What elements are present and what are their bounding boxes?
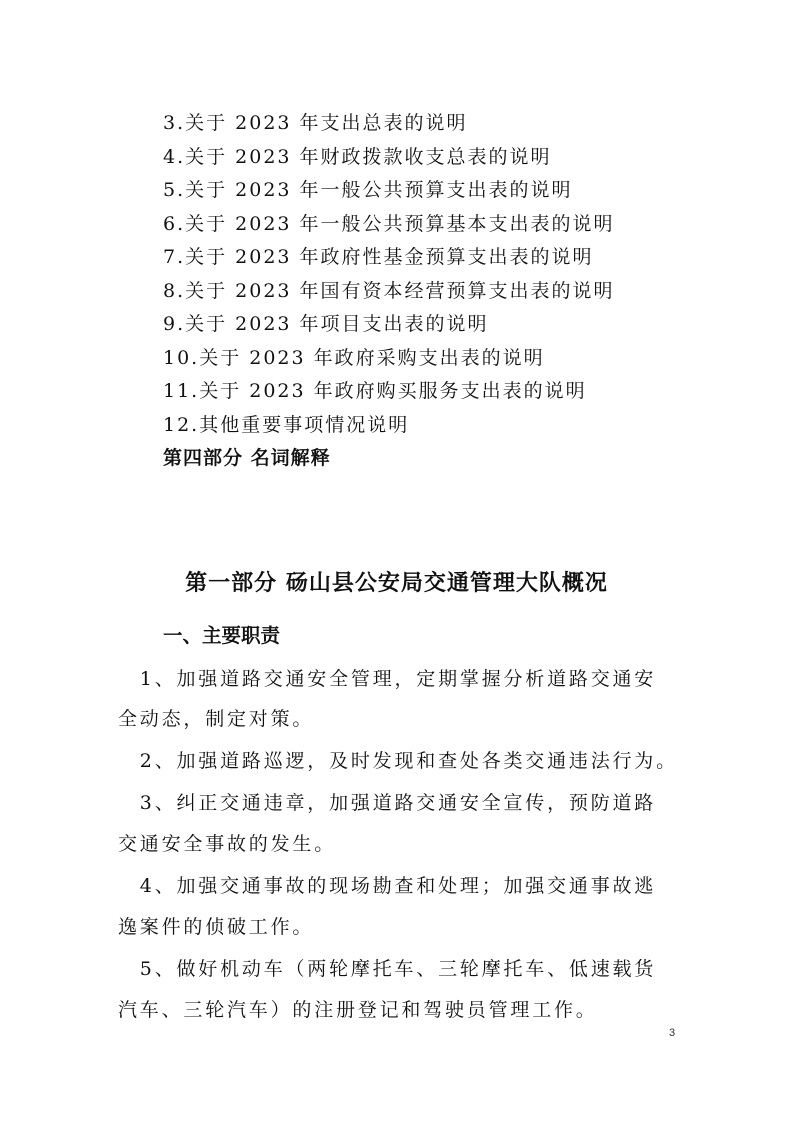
duty-line: 3、纠正交通违章，加强道路交通安全宣传，预防道路	[118, 794, 688, 813]
toc-item: 4.关于 2023 年财政拨款收支总表的说明	[163, 141, 615, 175]
document-page: 3.关于 2023 年支出总表的说明 4.关于 2023 年财政拨款收支总表的说…	[0, 0, 793, 1122]
duty-line: 交通安全事故的发生。	[118, 835, 688, 854]
toc-item: 9.关于 2023 年项目支出表的说明	[163, 308, 615, 342]
duty-line: 汽车、三轮汽车）的注册登记和驾驶员管理工作。	[118, 1001, 688, 1020]
duty-line: 全动态，制定对策。	[118, 710, 688, 729]
table-of-contents: 3.关于 2023 年支出总表的说明 4.关于 2023 年财政拨款收支总表的说…	[163, 107, 615, 476]
duty-line: 1、加强道路交通安全管理，定期掌握分析道路交通安	[118, 670, 688, 689]
page-number: 3	[669, 1027, 675, 1039]
toc-item: 5.关于 2023 年一般公共预算支出表的说明	[163, 174, 615, 208]
toc-item: 7.关于 2023 年政府性基金预算支出表的说明	[163, 241, 615, 275]
toc-part-four-heading: 第四部分 名词解释	[163, 442, 615, 476]
duty-line: 4、加强交通事故的现场勘查和处理；加强交通事故逃	[118, 877, 688, 896]
section-subtitle: 一、主要职责	[163, 620, 280, 648]
toc-item: 12.其他重要事项情况说明	[163, 409, 615, 443]
duty-line: 5、做好机动车（两轮摩托车、三轮摩托车、低速载货	[118, 960, 688, 979]
toc-item: 6.关于 2023 年一般公共预算基本支出表的说明	[163, 208, 615, 242]
section-title: 第一部分 砀山县公安局交通管理大队概况	[0, 566, 793, 597]
toc-item: 8.关于 2023 年国有资本经营预算支出表的说明	[163, 275, 615, 309]
toc-item: 11.关于 2023 年政府购买服务支出表的说明	[163, 375, 615, 409]
duty-line: 逸案件的侦破工作。	[118, 918, 688, 937]
toc-item: 10.关于 2023 年政府采购支出表的说明	[163, 342, 615, 376]
toc-item: 3.关于 2023 年支出总表的说明	[163, 107, 615, 141]
duty-line: 2、加强道路巡逻，及时发现和查处各类交通违法行为。	[118, 752, 688, 771]
